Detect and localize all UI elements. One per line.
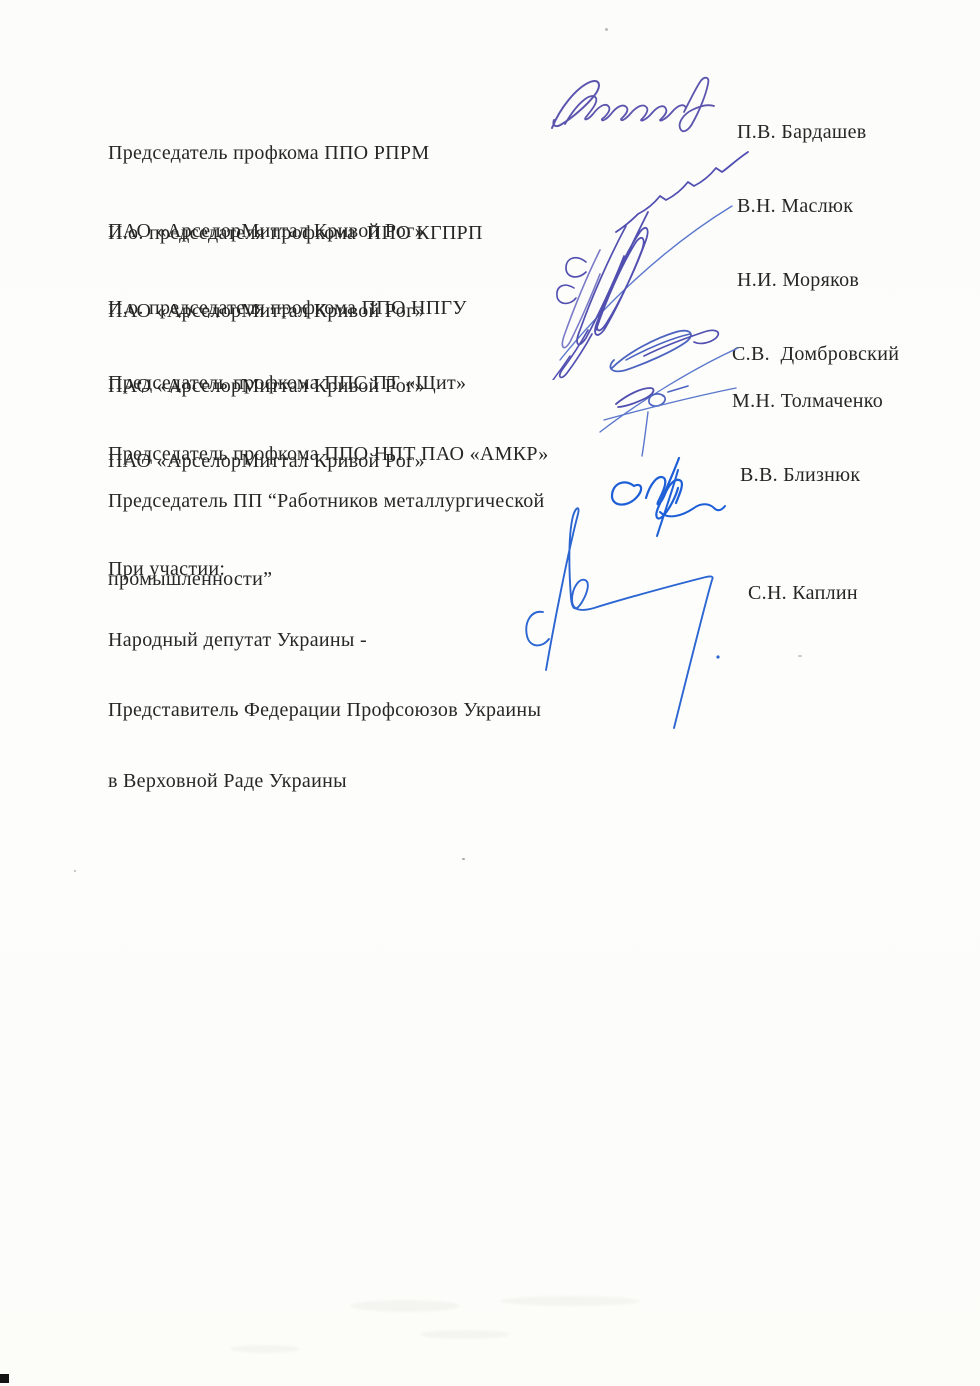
role-line: Представитель Федерации Профсоюзов Украи… (108, 699, 541, 723)
scan-smudge (500, 1296, 640, 1306)
bardashev-signature-ink (545, 74, 725, 150)
bliznyuk-signature-ink (604, 448, 736, 544)
role-line: При участии: (108, 558, 541, 582)
signatory-name-maslyuk: В.Н. Маслюк (737, 194, 853, 218)
scan-smudge (350, 1300, 460, 1312)
role-line: Народный депутат Украины - (108, 629, 541, 653)
dombrovsky-tolmachenko-signature-ink (592, 322, 750, 474)
scan-smudge (230, 1345, 300, 1353)
scan-smudge (420, 1330, 510, 1339)
scanned-signature-page: Председатель профкома ППО РПРМ ПАО «Арсе… (0, 0, 980, 1386)
signatory-role-deputy: При участии: Народный депутат Украины - … (108, 511, 541, 840)
signatory-name-bliznyuk: В.В. Близнюк (740, 463, 860, 487)
scan-speck (462, 858, 465, 860)
role-line: в Верховной Раде Украины (108, 770, 541, 794)
scan-speck (605, 28, 608, 31)
scan-corner-mark (0, 1374, 9, 1383)
scan-speck (798, 655, 802, 657)
role-line: Председатель профкома ППО РПРМ (108, 140, 429, 166)
signatory-name-moryakov: Н.И. Моряков (737, 268, 859, 292)
signatory-name-dombrovsky: С.В. Домбровский (732, 342, 899, 366)
signatory-name-kaplin: С.Н. Каплин (748, 581, 858, 605)
signatory-name-bardashev: П.В. Бардашев (737, 120, 867, 144)
kaplin-signature-ink (518, 486, 732, 732)
signatory-name-tolmachenko: М.Н. Толмаченко (732, 389, 883, 413)
maslyuk-moryakov-signature-ink (542, 150, 750, 380)
scan-speck (74, 870, 76, 872)
